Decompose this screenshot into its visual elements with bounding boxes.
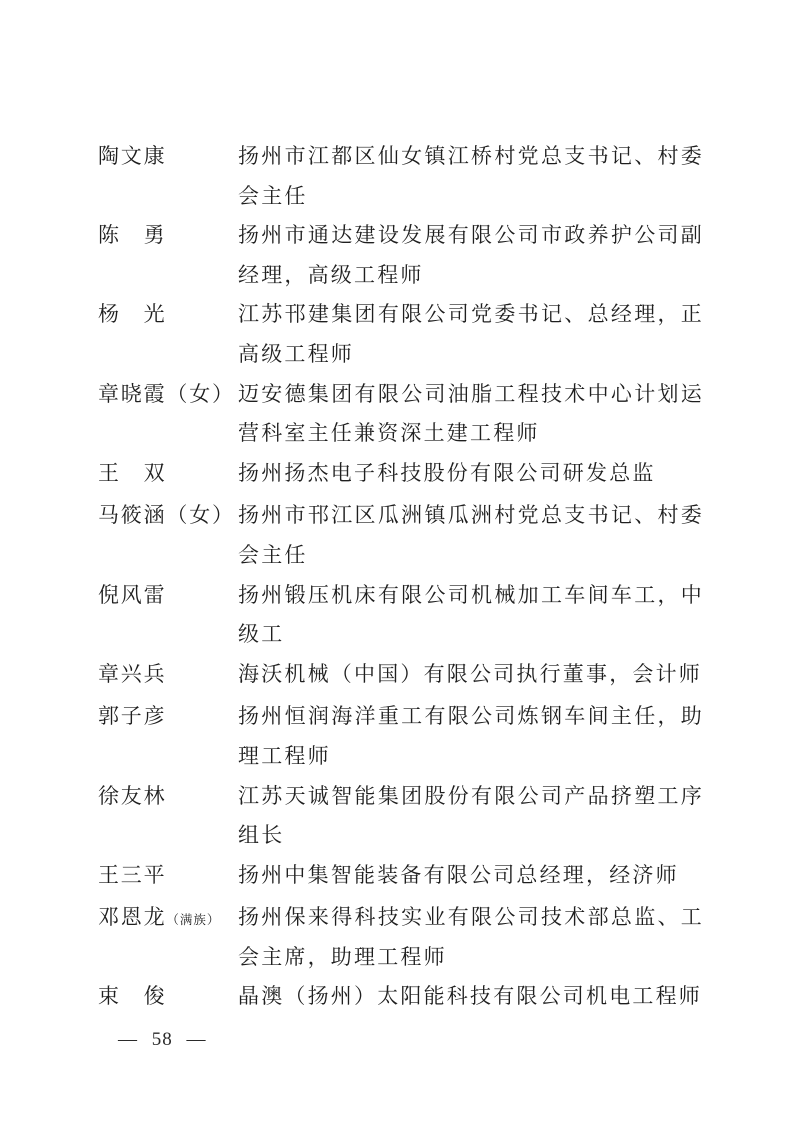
person-name-text: 王三平 xyxy=(98,863,166,887)
person-title-description: 扬州锻压机床有限公司机械加工车间车工，中级工 xyxy=(238,576,704,655)
person-name-text: 倪风雷 xyxy=(98,583,166,607)
person-title-description: 扬州市邗江区瓜洲镇瓜洲村党总支书记、村委会主任 xyxy=(238,496,704,575)
document-page: 陶文康 扬州市江都区仙女镇江桥村党总支书记、村委会主任 陈 勇 扬州市通达建设发… xyxy=(0,0,800,1131)
roster-row: 束 俊 晶澳（扬州）太阳能科技有限公司机电工程师 xyxy=(98,977,718,1020)
person-name: 徐友林 xyxy=(98,777,238,820)
roster-row: 倪风雷 扬州锻压机床有限公司机械加工车间车工，中级工 xyxy=(98,576,718,655)
person-title-description: 江苏天诚智能集团股份有限公司产品挤塑工序组长 xyxy=(238,777,704,856)
person-name: 王 双 xyxy=(98,454,238,497)
person-name-text: 陶文康 xyxy=(98,144,166,168)
roster-row: 徐友林 江苏天诚智能集团股份有限公司产品挤塑工序组长 xyxy=(98,777,718,856)
person-name: 陶文康 xyxy=(98,137,238,180)
person-name-text: 章晓霞（女） xyxy=(98,382,235,406)
roster-row: 章兴兵 海沃机械（中国）有限公司执行董事，会计师 xyxy=(98,655,718,698)
person-name-text: 章兴兵 xyxy=(98,662,166,686)
roster-row: 杨 光 江苏邗建集团有限公司党委书记、总经理，正高级工程师 xyxy=(98,295,718,374)
person-name-text: 邓恩龙 xyxy=(98,905,166,929)
person-name-text: 杨 光 xyxy=(98,302,166,326)
roster-row: 章晓霞（女） 迈安德集团有限公司油脂工程技术中心计划运营科室主任兼资深土建工程师 xyxy=(98,375,718,454)
person-name-text: 王 双 xyxy=(98,461,166,485)
person-name-text: 郭子彦 xyxy=(98,704,166,728)
person-name: 章兴兵 xyxy=(98,655,238,698)
person-title-description: 江苏邗建集团有限公司党委书记、总经理，正高级工程师 xyxy=(238,295,704,374)
person-title-description: 扬州保来得科技实业有限公司技术部总监、工会主席，助理工程师 xyxy=(238,898,704,977)
page-number: — 58 — xyxy=(118,1020,718,1060)
person-name: 杨 光 xyxy=(98,295,238,338)
person-title-description: 扬州市通达建设发展有限公司市政养护公司副经理，高级工程师 xyxy=(238,216,704,295)
roster-row: 王 双 扬州扬杰电子科技股份有限公司研发总监 xyxy=(98,454,718,497)
document-body: { "page": { "background": "#ffffff", "te… xyxy=(0,0,800,1131)
person-name: 马筱涵（女） xyxy=(98,496,238,539)
person-name-text: 束 俊 xyxy=(98,984,166,1008)
person-name: 倪风雷 xyxy=(98,576,238,619)
person-name: 邓恩龙（满族） xyxy=(98,898,238,941)
person-title-description: 迈安德集团有限公司油脂工程技术中心计划运营科室主任兼资深土建工程师 xyxy=(238,375,704,454)
roster-list: 陶文康 扬州市江都区仙女镇江桥村党总支书记、村委会主任 陈 勇 扬州市通达建设发… xyxy=(98,137,718,1060)
roster-row: 陈 勇 扬州市通达建设发展有限公司市政养护公司副经理，高级工程师 xyxy=(98,216,718,295)
person-name-text: 陈 勇 xyxy=(98,223,166,247)
roster-row: 马筱涵（女） 扬州市邗江区瓜洲镇瓜洲村党总支书记、村委会主任 xyxy=(98,496,718,575)
person-title-description: 海沃机械（中国）有限公司执行董事，会计师 xyxy=(238,655,704,695)
person-name: 章晓霞（女） xyxy=(98,375,238,418)
person-name-text: 马筱涵（女） xyxy=(98,503,235,527)
person-ethnicity-note: （满族） xyxy=(166,913,220,927)
person-name: 束 俊 xyxy=(98,977,238,1020)
person-name: 郭子彦 xyxy=(98,697,238,740)
person-title-description: 晶澳（扬州）太阳能科技有限公司机电工程师 xyxy=(238,977,704,1017)
person-title-description: 扬州恒润海洋重工有限公司炼钢车间主任，助理工程师 xyxy=(238,697,704,776)
roster-row: 邓恩龙（满族） 扬州保来得科技实业有限公司技术部总监、工会主席，助理工程师 xyxy=(98,898,718,977)
person-name-text: 徐友林 xyxy=(98,784,166,808)
roster-row: 郭子彦 扬州恒润海洋重工有限公司炼钢车间主任，助理工程师 xyxy=(98,697,718,776)
person-title-description: 扬州中集智能装备有限公司总经理，经济师 xyxy=(238,856,704,896)
roster-row: 王三平 扬州中集智能装备有限公司总经理，经济师 xyxy=(98,856,718,899)
person-title-description: 扬州市江都区仙女镇江桥村党总支书记、村委会主任 xyxy=(238,137,704,216)
roster-row: 陶文康 扬州市江都区仙女镇江桥村党总支书记、村委会主任 xyxy=(98,137,718,216)
person-name: 陈 勇 xyxy=(98,216,238,259)
person-title-description: 扬州扬杰电子科技股份有限公司研发总监 xyxy=(238,454,704,494)
person-name: 王三平 xyxy=(98,856,238,899)
